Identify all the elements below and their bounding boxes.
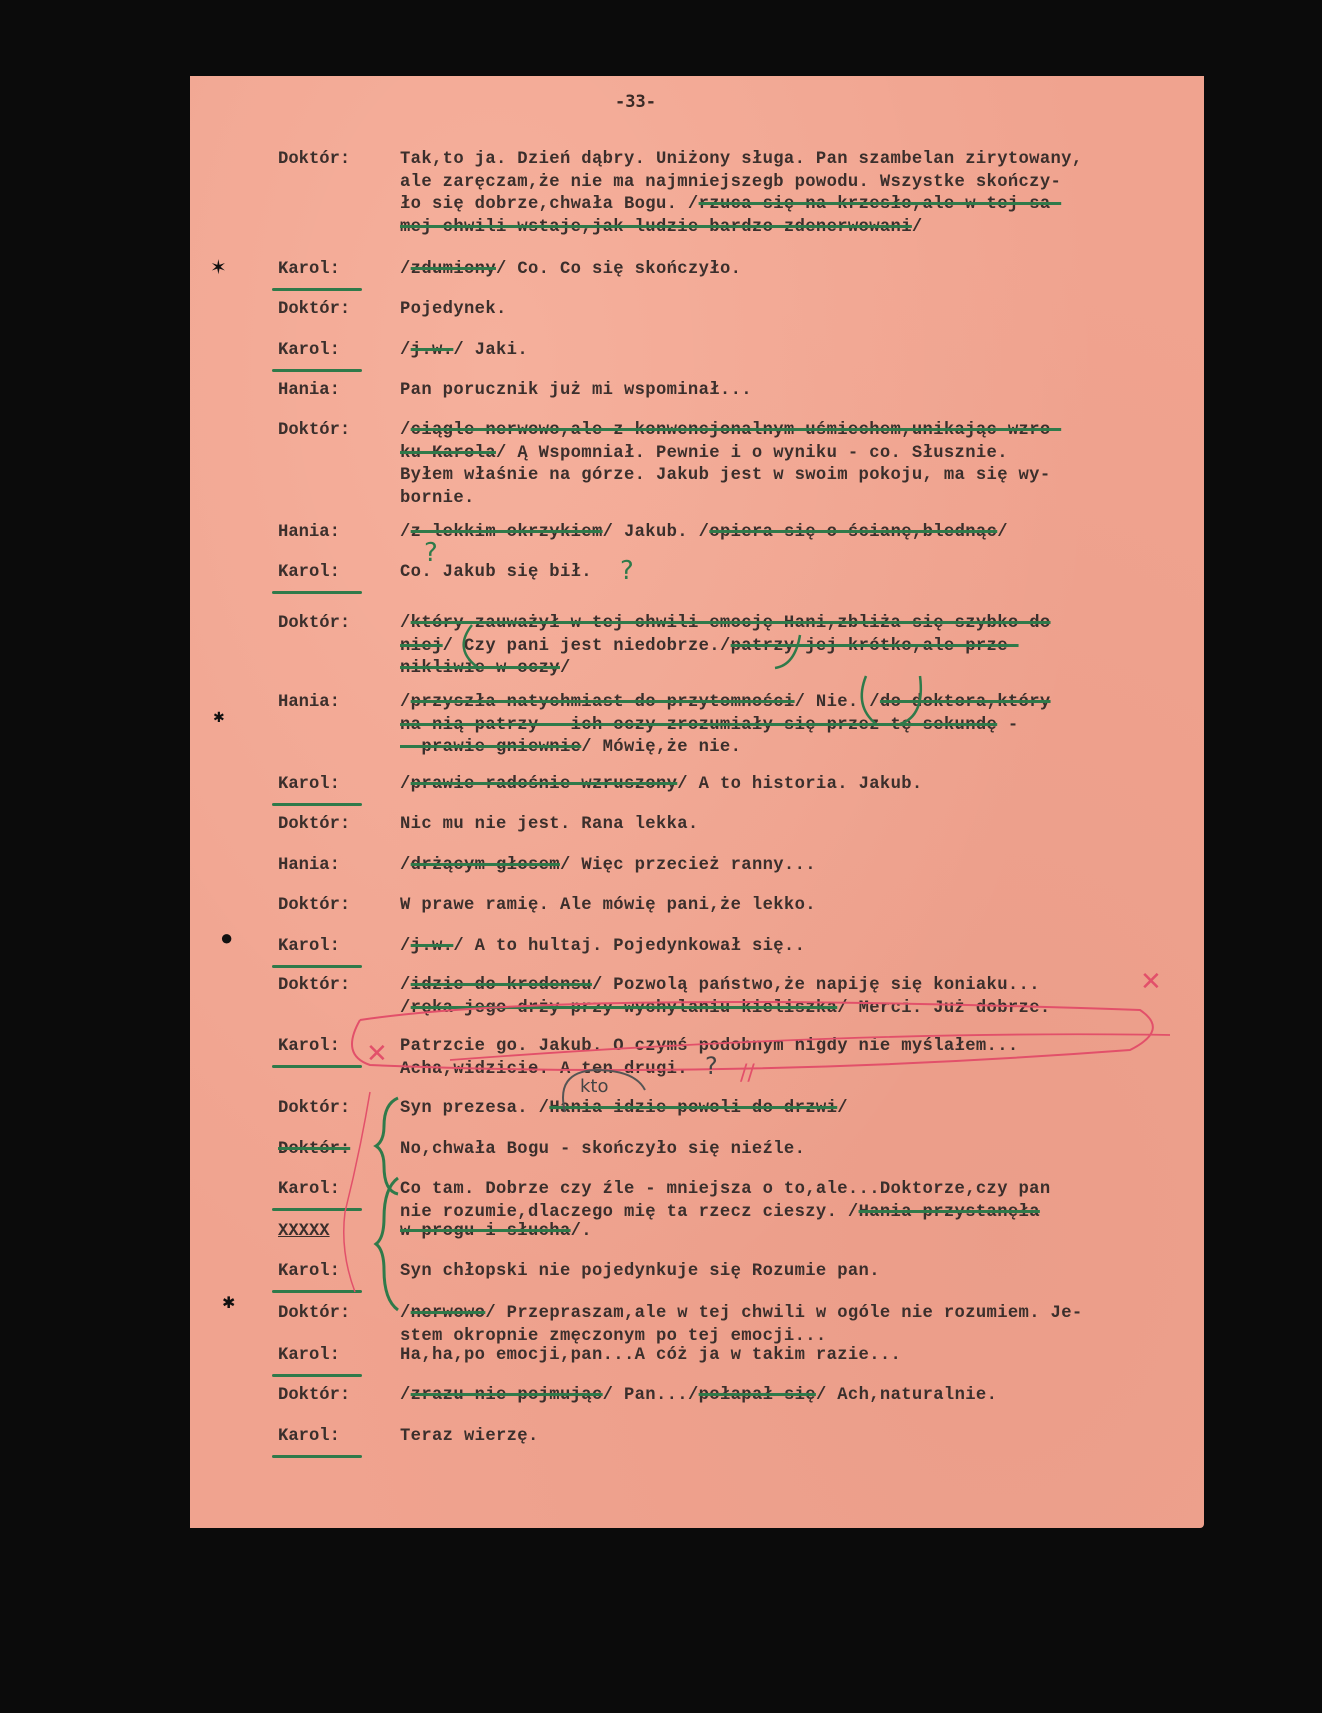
dialogue-line: /prawie radośnie wzruszony/ A to histori… — [400, 775, 923, 794]
dialogue-line: nie rozumie,dlaczego mię ta rzecz cieszy… — [400, 1203, 1040, 1222]
dialogue-line: ku Karola/ Ą Wspomniał. Pewnie i o wynik… — [400, 444, 1008, 463]
line-text: / Więc przecież ranny... — [560, 856, 816, 875]
line-text: / A to hultaj. Pojedynkował się.. — [453, 937, 805, 956]
dialogue-line: Co tam. Dobrze czy źle - mniejsza o to,a… — [400, 1180, 1051, 1199]
dialogue-line: /j.w./ A to hultaj. Pojedynkował się.. — [400, 937, 805, 956]
ink-blot-mark: ✱ — [222, 1293, 235, 1313]
struck-stage-direction: w progu i słucha — [400, 1222, 571, 1241]
dialogue-line: w progu i słucha/. — [400, 1222, 592, 1241]
line-text: / Mówię,że nie. — [581, 738, 741, 757]
speaker-underline — [272, 1290, 362, 1293]
ink-blot-mark: ● — [220, 925, 233, 951]
dialogue-line: na nią patrzy - ich oczy zrozumiały się … — [400, 716, 1019, 735]
dialogue-line: Byłem właśnie na górze. Jakub jest w swo… — [400, 466, 1051, 485]
line-text: Teraz wierzę. — [400, 1427, 539, 1446]
struck-stage-direction: ręka jego drży przy wychylaniu kieliszka — [411, 999, 838, 1018]
page-number: -33- — [615, 92, 656, 112]
line-text: Syn prezesa. / — [400, 1099, 549, 1118]
line-text: Syn chłopski nie pojedynkuje się Rozumie… — [400, 1262, 880, 1281]
dialogue-line: /który zauważył w tej chwili emocję Hani… — [400, 614, 1051, 633]
line-text: / — [400, 976, 411, 995]
speaker-name: Karol: — [278, 1180, 340, 1199]
line-text: Co. Jakub się bił. — [400, 563, 592, 582]
speaker-underline — [272, 288, 362, 291]
line-text: / Ach,naturalnie. — [816, 1386, 997, 1405]
line-text: / — [400, 999, 411, 1018]
line-text: / Merci. Już dobrze. — [837, 999, 1050, 1018]
speaker-name: Karol: — [278, 1262, 340, 1281]
dialogue-line: - prawie gniewnie/ Mówię,że nie. — [400, 738, 741, 757]
line-text: / — [400, 421, 411, 440]
struck-stage-direction: - prawie gniewnie — [400, 738, 581, 757]
dialogue-line: bornie. — [400, 489, 475, 508]
struck-stage-direction: patrzy jej krótko,ale prze- — [731, 637, 1019, 656]
line-text: Acha,widzicie. A ten drugi. — [400, 1060, 688, 1079]
dialogue-line: ło się dobrze,chwała Bogu. /rzuca się na… — [400, 195, 1061, 214]
speaker-underline — [272, 803, 362, 806]
struck-stage-direction: j.w. — [411, 341, 454, 360]
line-text: Pojedynek. — [400, 300, 507, 319]
struck-stage-direction: nerwowo — [411, 1304, 486, 1323]
dialogue-line: Syn chłopski nie pojedynkuje się Rozumie… — [400, 1262, 880, 1281]
speaker-name: Hania: — [278, 693, 340, 712]
line-text: bornie. — [400, 489, 475, 508]
struck-stage-direction: ciągle nerwowo,ale z konwencjonalnym uśm… — [411, 421, 1062, 440]
line-text: Ha,ha,po emocji,pan...A cóż ja w takim r… — [400, 1346, 901, 1365]
struck-stage-direction: Hania idzie powoli do drzwi — [549, 1099, 837, 1118]
dialogue-line: /ciągle nerwowo,ale z konwencjonalnym uś… — [400, 421, 1061, 440]
line-text: Patrzcie go. Jakub. O czymś podobnym nig… — [400, 1037, 1019, 1056]
line-text: / Nie. / — [795, 693, 880, 712]
dialogue-line: mej chwili wstaje,jak ludzie bardzo zden… — [400, 218, 923, 237]
line-text: / — [400, 1304, 411, 1323]
line-text: / — [912, 218, 923, 237]
line-text: / Jakub. / — [603, 523, 710, 542]
dialogue-line: /z lekkim okrzykiem/ Jakub. /opiera się … — [400, 523, 1008, 542]
dialogue-line: Pojedynek. — [400, 300, 507, 319]
speaker-underline — [272, 1065, 362, 1068]
speaker-name: Hania: — [278, 381, 340, 400]
line-text: / Pozwolą państwo,że napiję się koniaku.… — [592, 976, 1040, 995]
dialogue-line: /idzie do kredensu/ Pozwolą państwo,że n… — [400, 976, 1040, 995]
line-text: Pan porucznik już mi wspominał... — [400, 381, 752, 400]
speaker-underline — [272, 1455, 362, 1458]
speaker-name: Doktór: — [278, 150, 350, 169]
speaker-name: Karol: — [278, 1346, 340, 1365]
line-text: ło się dobrze,chwała Bogu. / — [400, 195, 699, 214]
struck-stage-direction: nikliwie w oczy — [400, 659, 560, 678]
dialogue-line: Co. Jakub się bił. — [400, 563, 592, 582]
dialogue-line: Ha,ha,po emocji,pan...A cóż ja w takim r… — [400, 1346, 901, 1365]
line-text: / — [400, 937, 411, 956]
struck-stage-direction: ku Karola — [400, 444, 496, 463]
line-text: W prawe ramię. Ale mówię pani,że lekko. — [400, 896, 816, 915]
struck-stage-direction: idzie do kredensu — [411, 976, 592, 995]
speaker-underline — [272, 1374, 362, 1377]
ink-blot-mark: ✱ — [213, 710, 225, 727]
speaker-name: Karol: — [278, 775, 340, 794]
dialogue-line: /ręka jego drży przy wychylaniu kieliszk… — [400, 999, 1051, 1018]
speaker-name: Karol: — [278, 260, 340, 279]
dialogue-line: niej/ Czy pani jest niedobrze./patrzy je… — [400, 637, 1019, 656]
speaker-name: Hania: — [278, 523, 340, 542]
speaker-name: Karol: — [278, 341, 340, 360]
dialogue-line: Syn prezesa. /Hania idzie powoli do drzw… — [400, 1099, 848, 1118]
struck-stage-direction: zrazu nie pojmując — [411, 1386, 603, 1405]
speaker-underline — [272, 591, 362, 594]
struck-stage-direction: do doktora,który — [880, 693, 1051, 712]
dialogue-line: /drżącym głosem/ Więc przecież ranny... — [400, 856, 816, 875]
line-text: Byłem właśnie na górze. Jakub jest w swo… — [400, 466, 1051, 485]
speaker-underline — [272, 369, 362, 372]
line-text: / Przepraszam,ale w tej chwili w ogóle n… — [485, 1304, 1082, 1323]
line-text: / — [837, 1099, 848, 1118]
line-text: / Co. Co się skończyło. — [496, 260, 741, 279]
dialogue-line: Tak,to ja. Dzień dąbry. Uniżony sługa. P… — [400, 150, 1083, 169]
speaker-name: Karol: — [278, 1427, 340, 1446]
line-text: / — [400, 523, 411, 542]
speaker-name: Doktór: — [278, 300, 350, 319]
speaker-name: Hania: — [278, 856, 340, 875]
line-text: / — [400, 260, 411, 279]
dialogue-line: /j.w./ Jaki. — [400, 341, 528, 360]
dialogue-line: /przyszła natychmiast do przytomności/ N… — [400, 693, 1051, 712]
dialogue-line: nikliwie w oczy/ — [400, 659, 571, 678]
line-text: nie rozumie,dlaczego mię ta rzecz cieszy… — [400, 1203, 859, 1222]
struck-stage-direction: rzuca się na krzesło,ale w tej sa- — [699, 195, 1062, 214]
dialogue-line: W prawe ramię. Ale mówię pani,że lekko. — [400, 896, 816, 915]
line-text: stem okropnie zmęczonym po tej emocji... — [400, 1327, 827, 1346]
line-text: Tak,to ja. Dzień dąbry. Uniżony sługa. P… — [400, 150, 1083, 169]
line-text: / — [400, 341, 411, 360]
struck-stage-direction: niej — [400, 637, 443, 656]
speaker-name: Doktór: — [278, 976, 350, 995]
dialogue-line: Nic mu nie jest. Rana lekka. — [400, 815, 699, 834]
speaker-name: Doktór: — [278, 1386, 350, 1405]
dialogue-line: Teraz wierzę. — [400, 1427, 539, 1446]
speaker-name: Doktór: — [278, 1304, 350, 1323]
speaker-underline — [272, 1208, 362, 1211]
struck-stage-direction: który zauważył w tej chwili emocję Hani,… — [411, 614, 1051, 633]
speaker-name: Doktór: — [278, 896, 350, 915]
line-text: / — [400, 693, 411, 712]
struck-stage-direction: Hania przystanęła — [859, 1203, 1040, 1222]
line-text: Co tam. Dobrze czy źle - mniejsza o to,a… — [400, 1180, 1051, 1199]
speaker-name: Doktór: — [278, 421, 350, 440]
dialogue-line: Patrzcie go. Jakub. O czymś podobnym nig… — [400, 1037, 1019, 1056]
dialogue-line: Acha,widzicie. A ten drugi. — [400, 1060, 688, 1079]
dialogue-line: /nerwowo/ Przepraszam,ale w tej chwili w… — [400, 1304, 1083, 1323]
dialogue-line: No,chwała Bogu - skończyło się nieźle. — [400, 1140, 805, 1159]
line-text: / Jaki. — [453, 341, 528, 360]
dialogue-line: ale zaręczam,że nie ma najmniejszegb pow… — [400, 173, 1061, 192]
line-text: ale zaręczam,że nie ma najmniejszegb pow… — [400, 173, 1061, 192]
struck-stage-direction: przyszła natychmiast do przytomności — [411, 693, 795, 712]
speaker-name: Karol: — [278, 1037, 340, 1056]
speaker-name: XXXXX — [278, 1222, 330, 1241]
line-text: / Pan.../ — [603, 1386, 699, 1405]
dialogue-line: Pan porucznik już mi wspominał... — [400, 381, 752, 400]
struck-stage-direction: opiera się o ścianę,blednąc — [709, 523, 997, 542]
dialogue-line: /zdumiony/ Co. Co się skończyło. — [400, 260, 741, 279]
speaker-underline — [272, 965, 362, 968]
speaker-name: Karol: — [278, 937, 340, 956]
speaker-name: Doktór: — [278, 614, 350, 633]
struck-stage-direction: prawie radośnie wzruszony — [411, 775, 678, 794]
speaker-name: Doktór: — [278, 1099, 350, 1118]
line-text: / Czy pani jest niedobrze./ — [443, 637, 731, 656]
dialogue-line: /zrazu nie pojmując/ Pan.../połapał się/… — [400, 1386, 997, 1405]
line-text: Nic mu nie jest. Rana lekka. — [400, 815, 699, 834]
struck-stage-direction: na nią patrzy - ich oczy zrozumiały się … — [400, 716, 997, 735]
line-text: / A to historia. Jakub. — [677, 775, 922, 794]
line-text: / — [400, 1386, 411, 1405]
line-text: No,chwała Bogu - skończyło się nieźle. — [400, 1140, 805, 1159]
struck-stage-direction: drżącym głosem — [411, 856, 560, 875]
struck-stage-direction: j.w. — [411, 937, 454, 956]
speaker-name: Karol: — [278, 563, 340, 582]
line-text: / — [997, 523, 1008, 542]
ink-blot-mark: ✶ — [210, 255, 227, 280]
struck-stage-direction: z lekkim okrzykiem — [411, 523, 603, 542]
speaker-name: Doktór: — [278, 815, 350, 834]
struck-stage-direction: mej chwili wstaje,jak ludzie bardzo zden… — [400, 218, 912, 237]
dialogue-line: stem okropnie zmęczonym po tej emocji... — [400, 1327, 827, 1346]
struck-stage-direction: połapał się — [699, 1386, 816, 1405]
line-text: / — [400, 614, 411, 633]
line-text: / — [560, 659, 571, 678]
line-text: / Ą Wspomniał. Pewnie i o wyniku - co. S… — [496, 444, 1008, 463]
line-text: - — [997, 716, 1018, 735]
line-text: / — [400, 775, 411, 794]
struck-stage-direction: zdumiony — [411, 260, 496, 279]
speaker-name: Doktór: — [278, 1140, 350, 1159]
line-text: /. — [571, 1222, 592, 1241]
line-text: / — [400, 856, 411, 875]
